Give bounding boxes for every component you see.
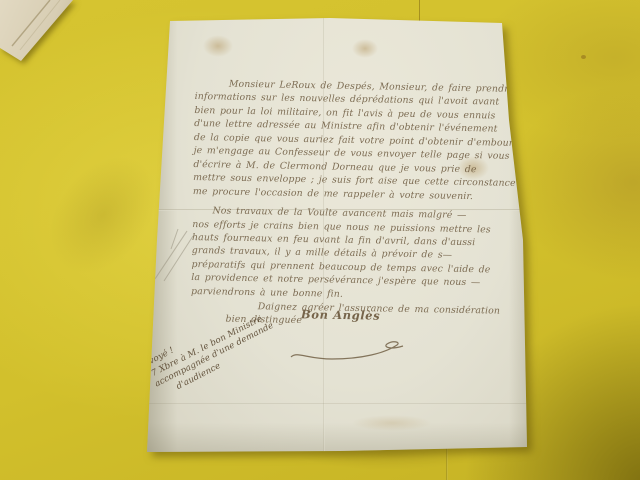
- corner-document: [0, 0, 80, 66]
- letter-paper: Monsieur LeRoux de Despés, Monsieur, de …: [147, 17, 528, 453]
- photograph: Monsieur LeRoux de Despés, Monsieur, de …: [0, 0, 640, 480]
- foxing-stain: [352, 415, 432, 431]
- background-ink-dot: [581, 55, 586, 59]
- foxing-stain: [352, 39, 378, 58]
- corner-document-crease: [0, 0, 80, 66]
- corner-document-paper: [0, 0, 80, 66]
- paragraph-2: Nos travaux de la Voulte avancent mais m…: [191, 204, 519, 304]
- handwritten-letter: Monsieur LeRoux de Despés, Monsieur, de …: [147, 17, 528, 453]
- pencil-scribble: [147, 227, 197, 287]
- paragraph-1: Monsieur LeRoux de Despés, Monsieur, de …: [193, 77, 521, 204]
- letter-body: Monsieur LeRoux de Despés, Monsieur, de …: [190, 77, 521, 332]
- foxing-stain: [203, 35, 233, 57]
- fold-crease-horizontal: [147, 403, 528, 404]
- signature-flourish: [287, 333, 407, 363]
